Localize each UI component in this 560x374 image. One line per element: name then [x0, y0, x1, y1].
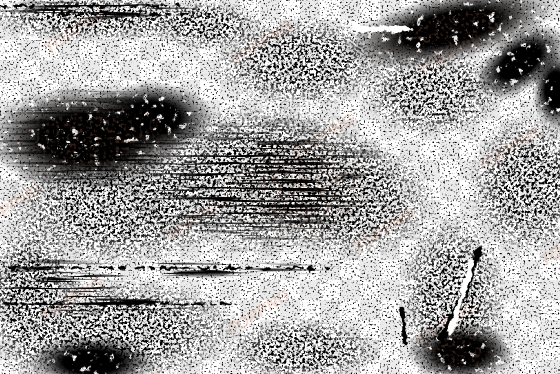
grunge-texture-svg: TOPPNG: [0, 0, 560, 374]
grunge-texture-image: TOPPNG: [0, 0, 560, 374]
texture-rust-layer: [0, 0, 560, 374]
